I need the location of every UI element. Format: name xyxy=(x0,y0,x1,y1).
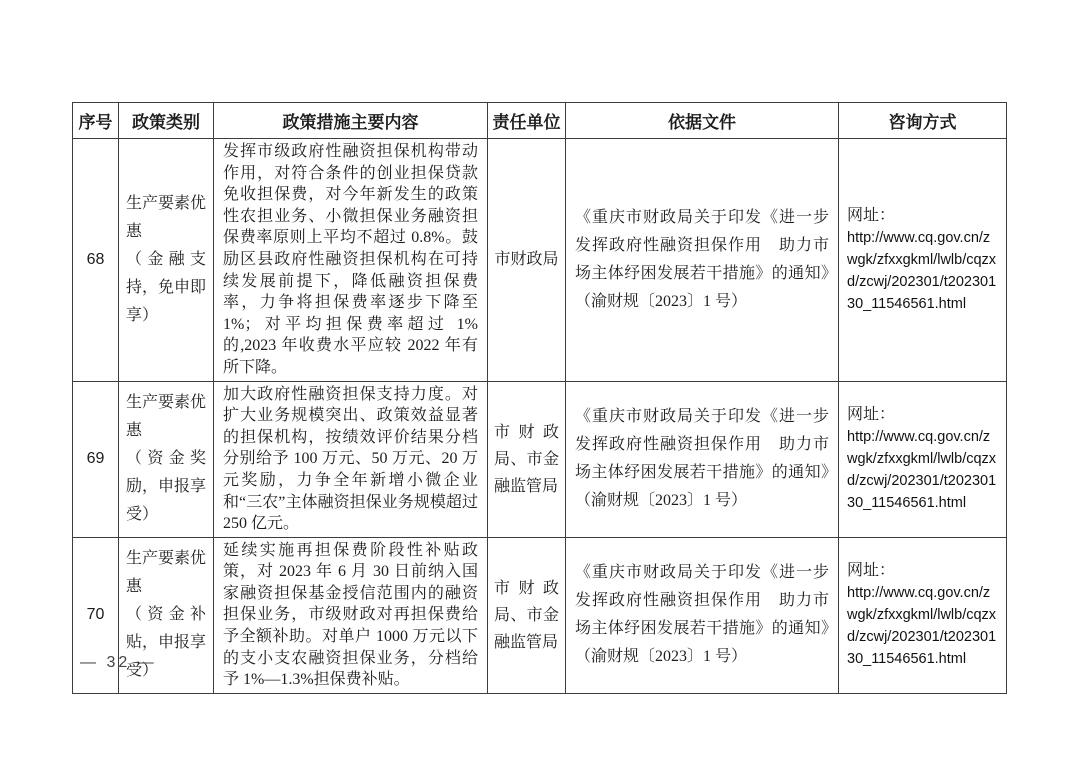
cell-policy-content: 发挥市级政府性融资担保机构带动作用，对符合条件的创业担保贷款免收担保费，对今年新… xyxy=(214,139,488,382)
cell-contact-method: 网址： http://www.cq.gov.cn/zwgk/zfxxgkml/l… xyxy=(839,381,1007,537)
responsible-unit-text: 市财政局、市金融监管局 xyxy=(494,575,559,656)
contact-url-text: http://www.cq.gov.cn/zwgk/zfxxgkml/lwlb/… xyxy=(847,426,998,514)
cell-contact-method: 网址： http://www.cq.gov.cn/zwgk/zfxxgkml/l… xyxy=(839,139,1007,382)
col-header-index: 序号 xyxy=(73,103,119,139)
basis-document-text: 《重庆市财政局关于印发《进一步发挥政府性融资担保作用 助力市场主体纾困发展若干措… xyxy=(575,559,829,671)
cell-policy-index: 68 xyxy=(73,139,119,382)
table-header-row: 序号 政策类别 政策措施主要内容 责任单位 依据文件 咨询方式 xyxy=(73,103,1007,139)
policy-table: 序号 政策类别 政策措施主要内容 责任单位 依据文件 咨询方式 68 生产要素优… xyxy=(72,102,1007,694)
table-row: 68 生产要素优惠 （金融支持，免申即享） 发挥市级政府性融资担保机构带动作用，… xyxy=(73,139,1007,382)
cell-basis-document: 《重庆市财政局关于印发《进一步发挥政府性融资担保作用 助力市场主体纾困发展若干措… xyxy=(566,381,839,537)
table-row: 70 生产要素优惠 （资金补贴，申报享受） 延续实施再担保费阶段性补贴政策，对 … xyxy=(73,537,1007,693)
basis-document-text: 《重庆市财政局关于印发《进一步发挥政府性融资担保作用 助力市场主体纾困发展若干措… xyxy=(575,403,829,515)
cell-basis-document: 《重庆市财政局关于印发《进一步发挥政府性融资担保作用 助力市场主体纾困发展若干措… xyxy=(566,537,839,693)
col-header-category: 政策类别 xyxy=(119,103,214,139)
basis-document-text: 《重庆市财政局关于印发《进一步发挥政府性融资担保作用 助力市场主体纾困发展若干措… xyxy=(575,204,829,316)
col-header-basis: 依据文件 xyxy=(566,103,839,139)
cell-policy-category: 生产要素优惠 （资金奖励，申报享受） xyxy=(119,381,214,537)
cell-basis-document: 《重庆市财政局关于印发《进一步发挥政府性融资担保作用 助力市场主体纾困发展若干措… xyxy=(566,139,839,382)
cell-policy-content: 加大政府性融资担保支持力度。对扩大业务规模突出、政策效益显著的担保机构，按绩效评… xyxy=(214,381,488,537)
policy-content-text: 发挥市级政府性融资担保机构带动作用，对符合条件的创业担保贷款免收担保费，对今年新… xyxy=(223,141,478,379)
category-note: （金融支持，免申即享） xyxy=(126,246,206,330)
col-header-unit: 责任单位 xyxy=(488,103,566,139)
cell-contact-method: 网址： http://www.cq.gov.cn/zwgk/zfxxgkml/l… xyxy=(839,537,1007,693)
col-header-contact: 咨询方式 xyxy=(839,103,1007,139)
cell-policy-index: 69 xyxy=(73,381,119,537)
cell-policy-content: 延续实施再担保费阶段性补贴政策，对 2023 年 6 月 30 日前纳入国家融资… xyxy=(214,537,488,693)
cell-responsible-unit: 市财政局、市金融监管局 xyxy=(488,381,566,537)
policy-content-text: 延续实施再担保费阶段性补贴政策，对 2023 年 6 月 30 日前纳入国家融资… xyxy=(223,540,478,691)
contact-website-label: 网址： xyxy=(847,404,998,426)
policy-content-text: 加大政府性融资担保支持力度。对扩大业务规模突出、政策效益显著的担保机构，按绩效评… xyxy=(223,384,478,535)
responsible-unit-text: 市财政局 xyxy=(494,246,559,273)
document-page: 序号 政策类别 政策措施主要内容 责任单位 依据文件 咨询方式 68 生产要素优… xyxy=(0,0,1074,757)
page-number: — 32 — xyxy=(80,654,157,672)
contact-url-text: http://www.cq.gov.cn/zwgk/zfxxgkml/lwlb/… xyxy=(847,227,998,315)
col-header-content: 政策措施主要内容 xyxy=(214,103,488,139)
category-note: （资金奖励，申报享受） xyxy=(126,445,206,529)
cell-responsible-unit: 市财政局 xyxy=(488,139,566,382)
responsible-unit-text: 市财政局、市金融监管局 xyxy=(494,419,559,500)
contact-website-label: 网址： xyxy=(847,560,998,582)
cell-policy-category: 生产要素优惠 （金融支持，免申即享） xyxy=(119,139,214,382)
category-title: 生产要素优惠 xyxy=(126,190,206,246)
category-title: 生产要素优惠 xyxy=(126,545,206,601)
cell-responsible-unit: 市财政局、市金融监管局 xyxy=(488,537,566,693)
contact-url-text: http://www.cq.gov.cn/zwgk/zfxxgkml/lwlb/… xyxy=(847,582,998,670)
contact-website-label: 网址： xyxy=(847,205,998,227)
category-title: 生产要素优惠 xyxy=(126,389,206,445)
category-note: （资金补贴，申报享受） xyxy=(126,601,206,685)
table-row: 69 生产要素优惠 （资金奖励，申报享受） 加大政府性融资担保支持力度。对扩大业… xyxy=(73,381,1007,537)
